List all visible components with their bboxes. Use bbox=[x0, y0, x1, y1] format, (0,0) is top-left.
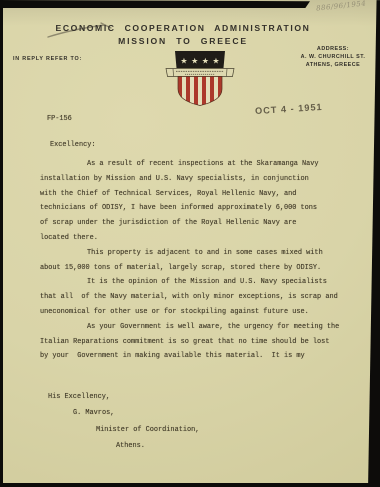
body-line: by your Government in making available t… bbox=[40, 349, 339, 364]
date-stamp: OCT 4 - 1951 bbox=[255, 102, 323, 116]
reply-refer-label: IN REPLY REFER TO: bbox=[13, 56, 82, 62]
addressee-line: His Excellency, bbox=[48, 389, 199, 405]
addressee-block: His Excellency,G. Mavros,Minister of Coo… bbox=[48, 389, 199, 455]
addressee-line: Minister of Coordination, bbox=[96, 422, 199, 438]
body-line: with the Chief of Technical Services, Ro… bbox=[40, 187, 339, 202]
body-line: about 15,000 tons of material, largely s… bbox=[40, 261, 339, 276]
svg-text:★: ★ bbox=[180, 57, 187, 66]
scan-border-top bbox=[0, 0, 310, 8]
scan-border-left bbox=[0, 0, 3, 487]
letterhead-title: ECONOMIC COOPERATION ADMINISTRATION bbox=[0, 23, 366, 33]
body-line: of scrap under the jurisdiction of the R… bbox=[40, 216, 339, 231]
salutation: Excellency: bbox=[50, 141, 96, 149]
svg-text:★: ★ bbox=[191, 57, 198, 66]
body-line: As your Government is well aware, the ur… bbox=[40, 320, 339, 335]
svg-text:★: ★ bbox=[202, 57, 209, 66]
reference-number: FP-156 bbox=[47, 115, 72, 123]
address-block: ADDRESS: A. W. CHURCHILL ST. ATHENS, GRE… bbox=[294, 45, 372, 70]
body-line: that all of the Navy material, with only… bbox=[40, 290, 339, 305]
scan-border-right bbox=[368, 0, 380, 487]
body-line: It is the opinion of the Mission and U.S… bbox=[40, 275, 339, 290]
body-line: installation by Mission and U.S. Navy sp… bbox=[40, 172, 339, 187]
body-line: uneconomical for other use or for stockp… bbox=[40, 305, 339, 320]
addressee-line: Athens. bbox=[116, 438, 199, 454]
body-line: located there. bbox=[40, 231, 339, 246]
body-line: Italian Reparations commitment is so gre… bbox=[40, 335, 339, 350]
body-line: This property is adjacent to and in some… bbox=[40, 246, 339, 261]
body-line: technicians of ODISY, I have been inform… bbox=[40, 201, 339, 216]
body-line: As a result of recent inspections at the… bbox=[40, 157, 339, 172]
addressee-line: G. Mavros, bbox=[73, 405, 199, 421]
scanned-letter: 886/96/1954 ECONOMIC COOPERATION ADMINIS… bbox=[0, 0, 380, 487]
svg-text:★: ★ bbox=[212, 57, 219, 66]
scan-border-bottom bbox=[0, 483, 380, 487]
address-line-2: ATHENS, GREECE bbox=[294, 61, 372, 69]
address-label: ADDRESS: bbox=[294, 45, 372, 53]
eca-shield-emblem-icon: ★ ★ ★ ★ bbox=[164, 50, 236, 107]
address-line-1: A. W. CHURCHILL ST. bbox=[294, 53, 372, 61]
letter-body: As a result of recent inspections at the… bbox=[40, 157, 339, 364]
